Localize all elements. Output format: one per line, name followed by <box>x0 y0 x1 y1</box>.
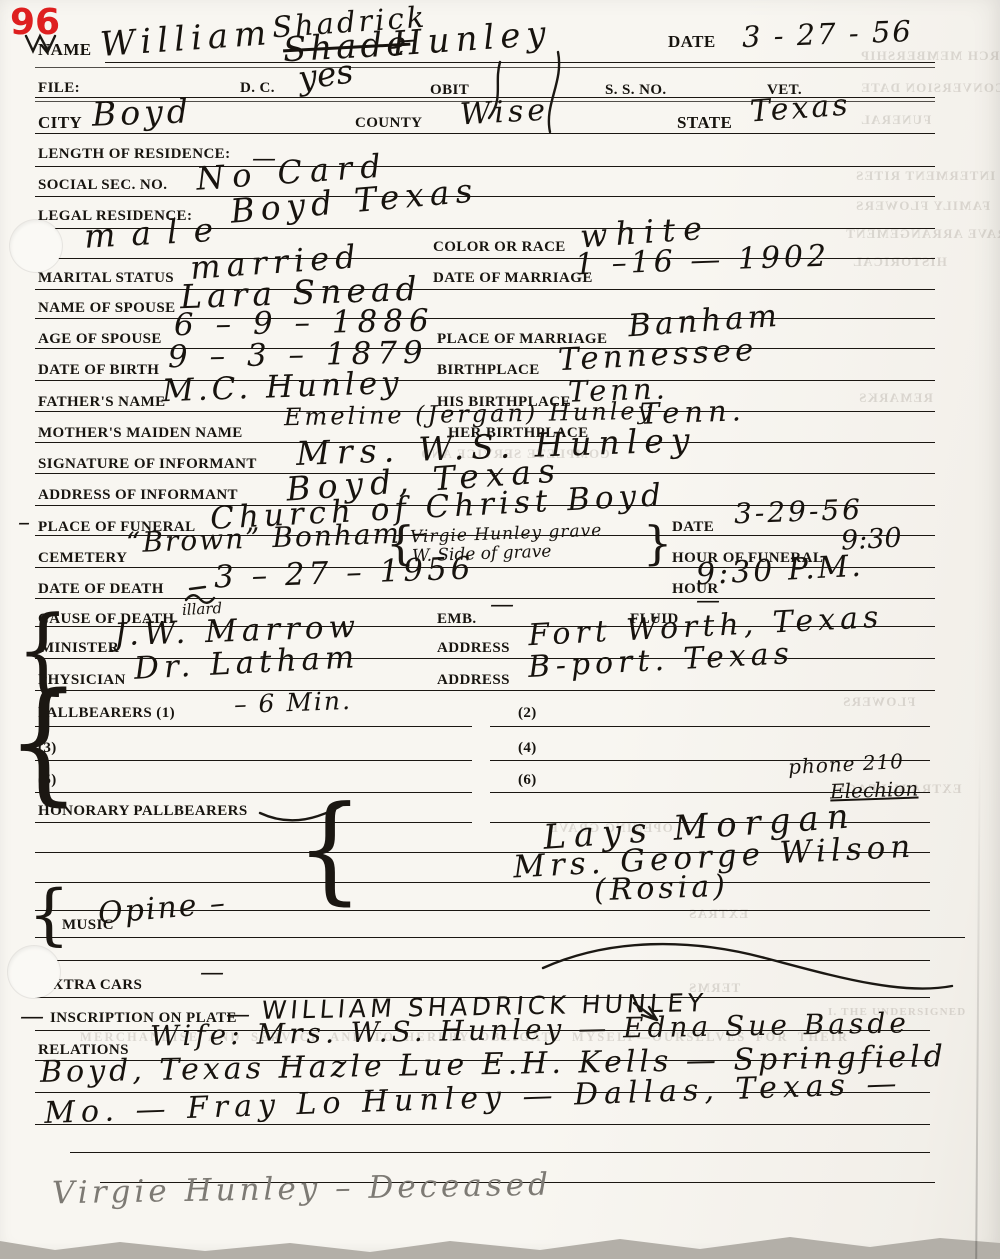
label-cemetery: CEMETERY <box>38 550 127 567</box>
label-birthplace: BIRTHPLACE <box>437 362 540 379</box>
cemetery-brace-close: } <box>643 520 672 566</box>
value-name-first: William <box>99 16 273 62</box>
value-physician: Dr. Latham <box>133 642 360 685</box>
label-date-of-marriage: DATE OF MARRIAGE <box>433 270 593 287</box>
label-social-sec-no: SOCIAL SEC. NO. <box>38 177 167 194</box>
music-brace: { <box>28 882 70 948</box>
label-pallbearer-4: (4) <box>518 740 537 757</box>
funeral-margin-dash: – <box>18 510 30 534</box>
label-county: COUNTY <box>355 115 422 132</box>
value-cemetery: “Brown” Bonham – <box>126 519 429 558</box>
bleed-text: FLOWERS <box>842 694 915 710</box>
label-dc: D. C. <box>240 80 275 97</box>
label-file: FILE: <box>38 80 80 97</box>
label-marital-status: MARITAL STATUS <box>38 270 174 287</box>
bleed-text: FUNERAL <box>860 112 931 128</box>
paper-sheet: CHURCH MEMBERSHIP CONVERSION DATE FUNERA… <box>0 0 1000 1259</box>
scanned-funeral-record: { "page_number": "96", "colors": { "acce… <box>0 0 1000 1259</box>
annotation-name-3: (Rosia) <box>594 872 730 907</box>
value-music: Opine – <box>97 888 228 929</box>
annotation-bottom-pencil-note: Virgie Hunley – Deceased <box>52 1170 552 1210</box>
label-emb: EMB. <box>437 611 477 628</box>
bleed-text: INTERMENT RITES <box>855 168 995 184</box>
value-city: Boyd <box>91 94 192 130</box>
hole-punch <box>8 946 60 998</box>
value-hour-of-death: 9:30 P.M. <box>695 552 864 591</box>
rule-line <box>490 726 930 727</box>
rule-line <box>35 196 935 197</box>
bleed-text: CONVERSION DATE <box>860 80 1000 96</box>
pallbearers-brace: { <box>6 675 81 807</box>
index-number: 96 <box>10 2 60 43</box>
label-date-of-birth: DATE OF BIRTH <box>38 362 159 379</box>
rule-line <box>35 937 965 938</box>
rule-line <box>35 67 935 68</box>
value-birthplace: Tennessee <box>557 335 758 376</box>
rule-line <box>35 792 472 793</box>
value-minister-correction: illard <box>182 601 223 618</box>
rule-line <box>35 726 472 727</box>
label-minister-address: ADDRESS <box>437 640 510 657</box>
inscription-dash-left: — <box>20 1004 44 1028</box>
rule-line <box>105 62 935 63</box>
label-address-of-informant: ADDRESS OF INFORMANT <box>38 487 238 504</box>
annotation-phone-note: phone 210 <box>788 751 905 777</box>
value-county: Wise <box>459 96 550 131</box>
rule-line <box>35 960 930 961</box>
pen-stroke <box>543 944 952 989</box>
rule-line <box>35 822 472 823</box>
rule-line <box>35 760 472 761</box>
bleed-text: HISTORICAL <box>852 254 947 270</box>
rule-line <box>35 598 935 599</box>
value-dc: yes <box>296 54 355 94</box>
label-city: CITY <box>38 113 82 133</box>
names-brace: { <box>296 791 363 908</box>
label-ss-no: S. S. NO. <box>605 82 667 99</box>
label-fathers-name: FATHER'S NAME <box>38 394 166 411</box>
rule-line <box>35 166 935 167</box>
label-color-or-race: COLOR OR RACE <box>433 239 566 256</box>
rule-line <box>35 690 935 691</box>
rule-line <box>35 289 935 290</box>
label-state: STATE <box>677 113 732 133</box>
rule-line <box>70 1152 930 1153</box>
label-name-of-spouse: NAME OF SPOUSE <box>38 300 176 317</box>
value-date-top: 3 - 27 - 56 <box>742 17 914 52</box>
rule-line <box>35 882 930 883</box>
label-pallbearer-6: (6) <box>518 772 537 789</box>
bleed-text: EXTRAS <box>688 906 748 922</box>
label-age-of-spouse: AGE OF SPOUSE <box>38 331 162 348</box>
label-physician-address: ADDRESS <box>437 672 510 689</box>
value-emb: — <box>490 592 514 616</box>
rule-line <box>35 318 935 319</box>
pen-stroke <box>549 52 559 132</box>
rule-line <box>35 133 935 134</box>
label-date: DATE <box>668 32 716 52</box>
value-funeral-date: 3-29-56 <box>734 496 864 528</box>
value-pallbearer-1: – 6 Min. <box>234 688 353 717</box>
label-pallbearer-2: (2) <box>518 705 537 722</box>
value-state: Texas <box>749 91 851 128</box>
label-name: NAME <box>38 40 92 60</box>
value-extra-cars: — <box>200 960 224 984</box>
bleed-text: REMARKS <box>858 390 933 406</box>
label-mothers-maiden-name: MOTHER'S MAIDEN NAME <box>38 425 243 442</box>
bleed-text: FAMILY FLOWERS <box>855 198 990 214</box>
value-date-of-death: 3 – 27 – 1956 <box>214 553 475 593</box>
label-signature-of-informant: SIGNATURE OF INFORMANT <box>38 456 257 473</box>
value-name-last: Hunley <box>391 16 553 61</box>
label-funeral-date: DATE <box>672 519 714 536</box>
value-date-of-marriage: 1 –16 — 1902 <box>575 242 831 281</box>
hole-punch <box>10 220 62 272</box>
